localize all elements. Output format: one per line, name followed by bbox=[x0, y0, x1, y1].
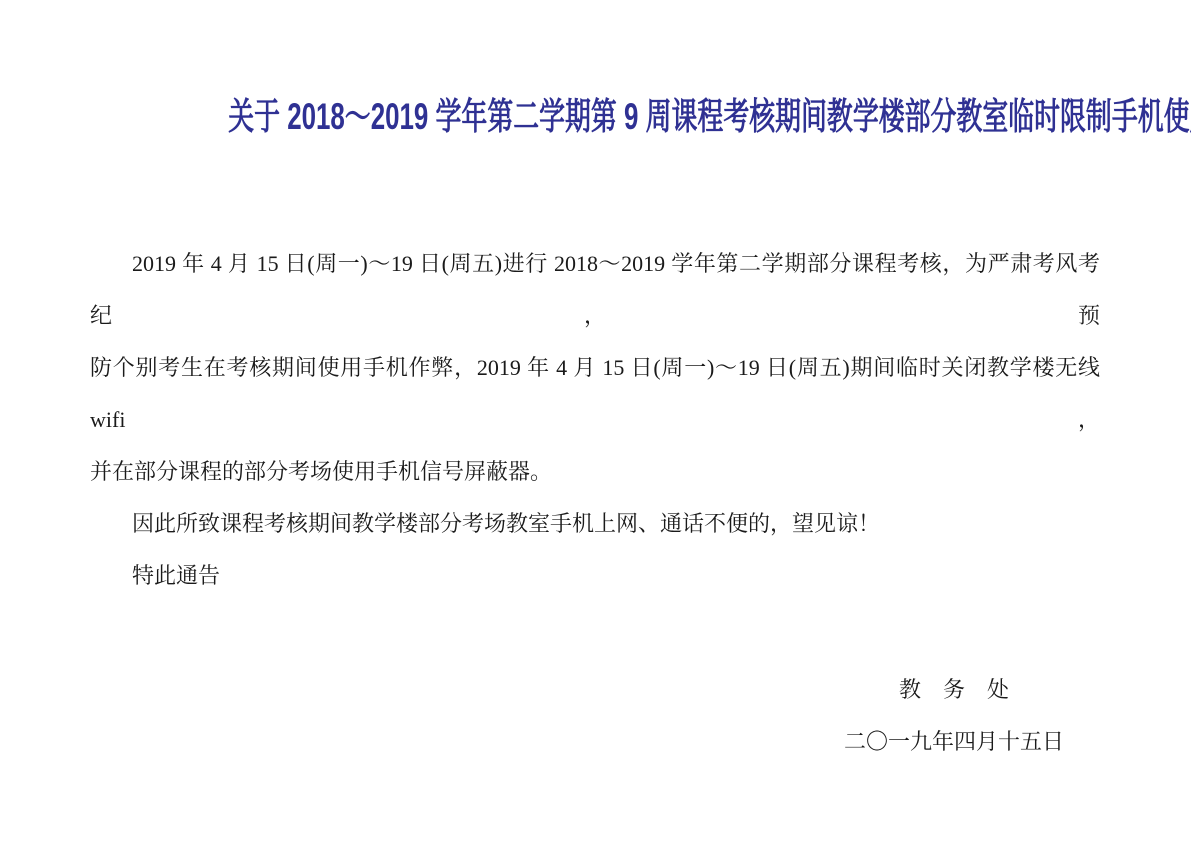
signature-block: 教 务 处 二〇一九年四月十五日 bbox=[844, 664, 1064, 768]
body-line-1: 2019 年 4 月 15 日(周一)～19 日(周五)进行 2018～2019… bbox=[90, 238, 1100, 342]
signature-date: 二〇一九年四月十五日 bbox=[844, 716, 1064, 768]
body-line-3: 并在部分课程的部分考场使用手机信号屏蔽器。 bbox=[90, 446, 1100, 498]
notice-document: 关于 2018～2019 学年第二学期第 9 周课程考核期间教学楼部分教室临时限… bbox=[0, 0, 1191, 842]
notice-title-text: 关于 2018～2019 学年第二学期第 9 周课程考核期间教学楼部分教室临时限… bbox=[228, 94, 1191, 140]
notice-body: 2019 年 4 月 15 日(周一)～19 日(周五)进行 2018～2019… bbox=[90, 238, 1100, 602]
body-line-2: 防个别考生在考核期间使用手机作弊，2019 年 4 月 15 日(周一)～19 … bbox=[90, 342, 1100, 446]
signature-department: 教 务 处 bbox=[844, 664, 1064, 716]
notice-title: 关于 2018～2019 学年第二学期第 9 周课程考核期间教学楼部分教室临时限… bbox=[0, 94, 1191, 140]
body-line-5: 特此通告 bbox=[90, 550, 1100, 602]
body-line-4: 因此所致课程考核期间教学楼部分考场教室手机上网、通话不便的，望见谅！ bbox=[90, 498, 1100, 550]
